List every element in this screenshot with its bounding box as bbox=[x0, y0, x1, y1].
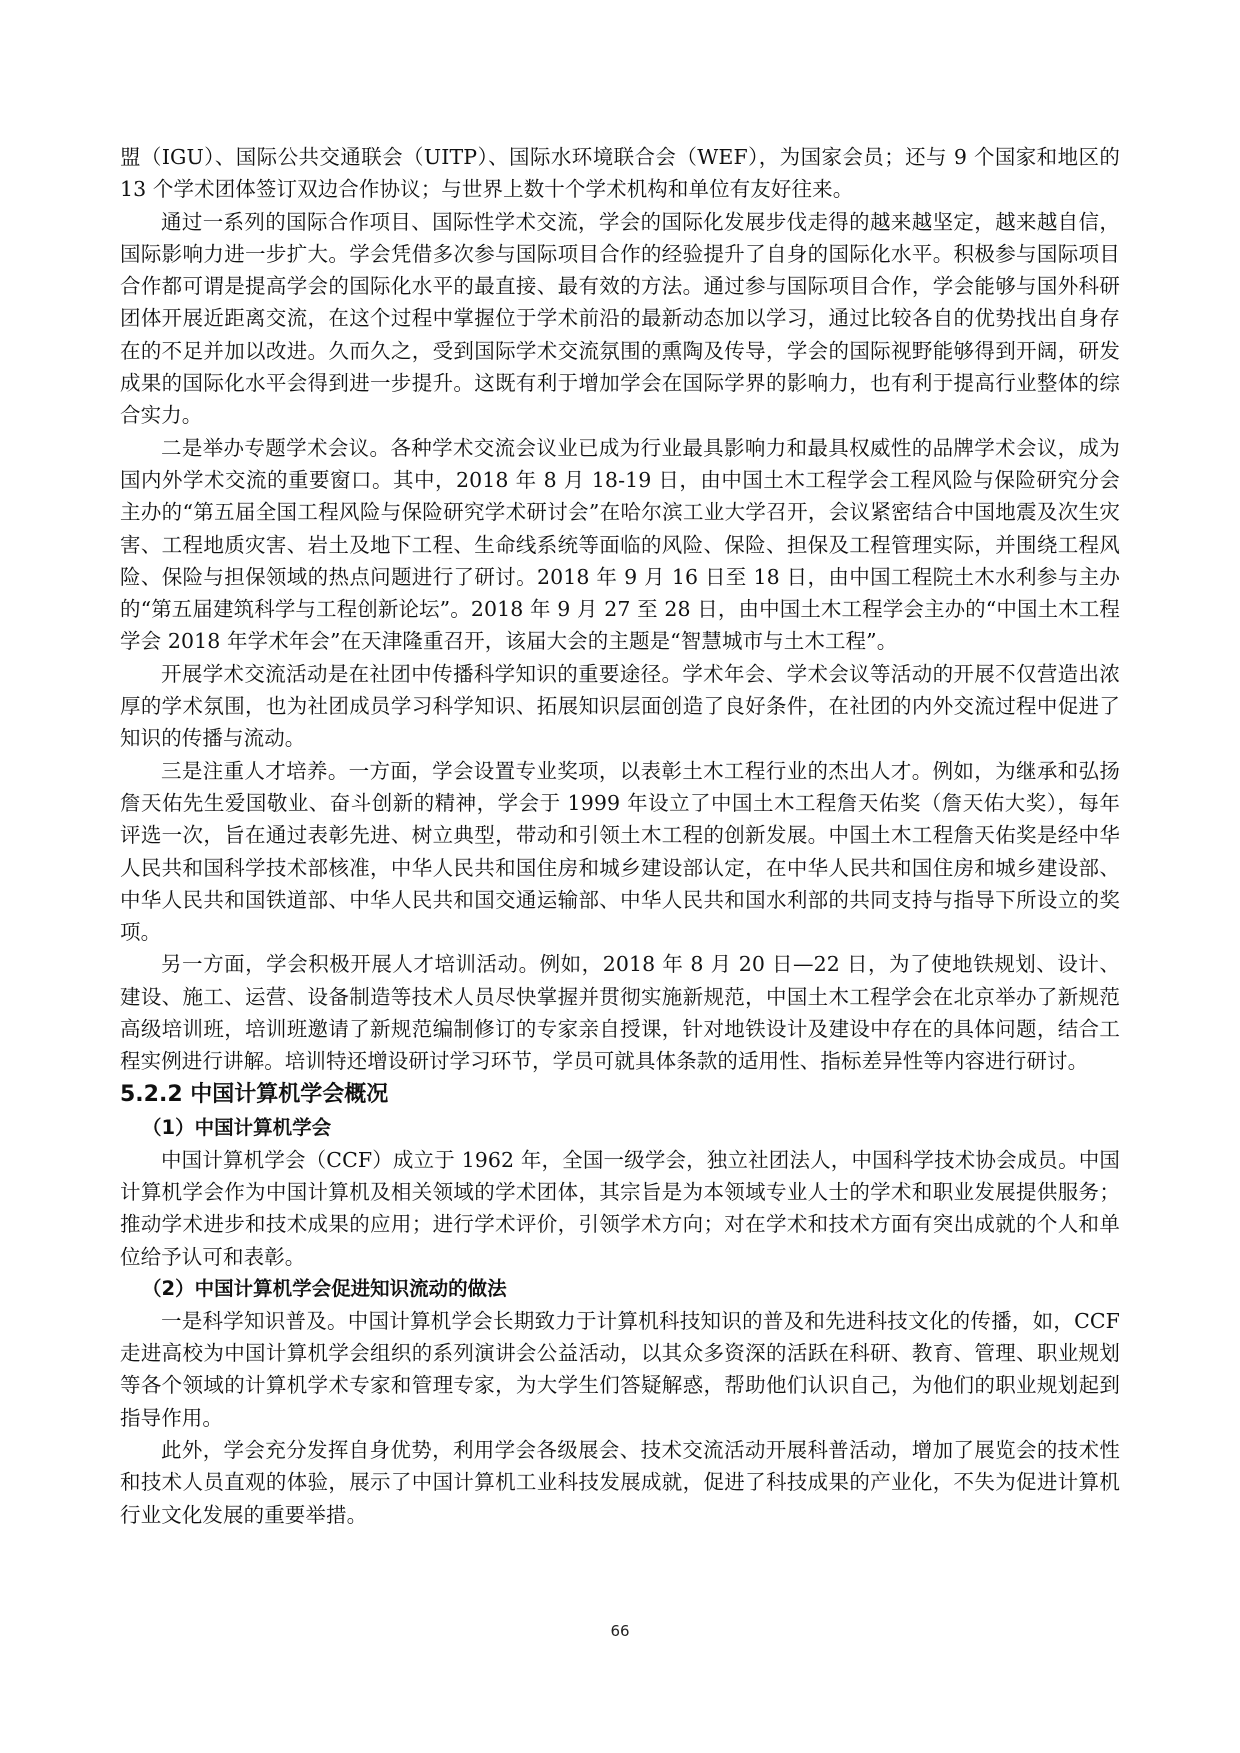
document-page: 盟（IGU）、国际公共交通联会（UITP）、国际水环境联合会（WEF），为国家会… bbox=[120, 141, 1120, 1531]
paragraph-international-membership: 盟（IGU）、国际公共交通联会（UITP）、国际水环境联合会（WEF），为国家会… bbox=[120, 141, 1120, 206]
paragraph-academic-conferences: 二是举办专题学术会议。各种学术交流会议业已成为行业最具影响力和最具权威性的品牌学… bbox=[120, 432, 1120, 658]
paragraph-international-cooperation: 通过一系列的国际合作项目、国际性学术交流，学会的国际化发展步伐走得的越来越坚定，… bbox=[120, 206, 1120, 432]
page-number: 66 bbox=[0, 1622, 1240, 1640]
subsection-heading-ccf: （1）中国计算机学会 bbox=[120, 1112, 1120, 1144]
section-heading: 5.2.2 中国计算机学会概况 bbox=[120, 1078, 1120, 1112]
subsection-heading-ccf-practices: （2）中国计算机学会促进知识流动的做法 bbox=[120, 1273, 1120, 1305]
paragraph-knowledge-spread: 开展学术交流活动是在社团中传播科学知识的重要途径。学术年会、学术会议等活动的开展… bbox=[120, 658, 1120, 755]
paragraph-exhibitions: 此外，学会充分发挥自身优势，利用学会各级展会、技术交流活动开展科普活动，增加了展… bbox=[120, 1434, 1120, 1531]
paragraph-ccf-overview: 中国计算机学会（CCF）成立于 1962 年，全国一级学会，独立社团法人，中国科… bbox=[120, 1144, 1120, 1273]
paragraph-talent-training: 另一方面，学会积极开展人才培训活动。例如，2018 年 8 月 20 日—22 … bbox=[120, 948, 1120, 1077]
paragraph-talent-awards: 三是注重人才培养。一方面，学会设置专业奖项，以表彰土木工程行业的杰出人才。例如，… bbox=[120, 755, 1120, 949]
paragraph-science-popularization: 一是科学知识普及。中国计算机学会长期致力于计算机科技知识的普及和先进科技文化的传… bbox=[120, 1305, 1120, 1434]
